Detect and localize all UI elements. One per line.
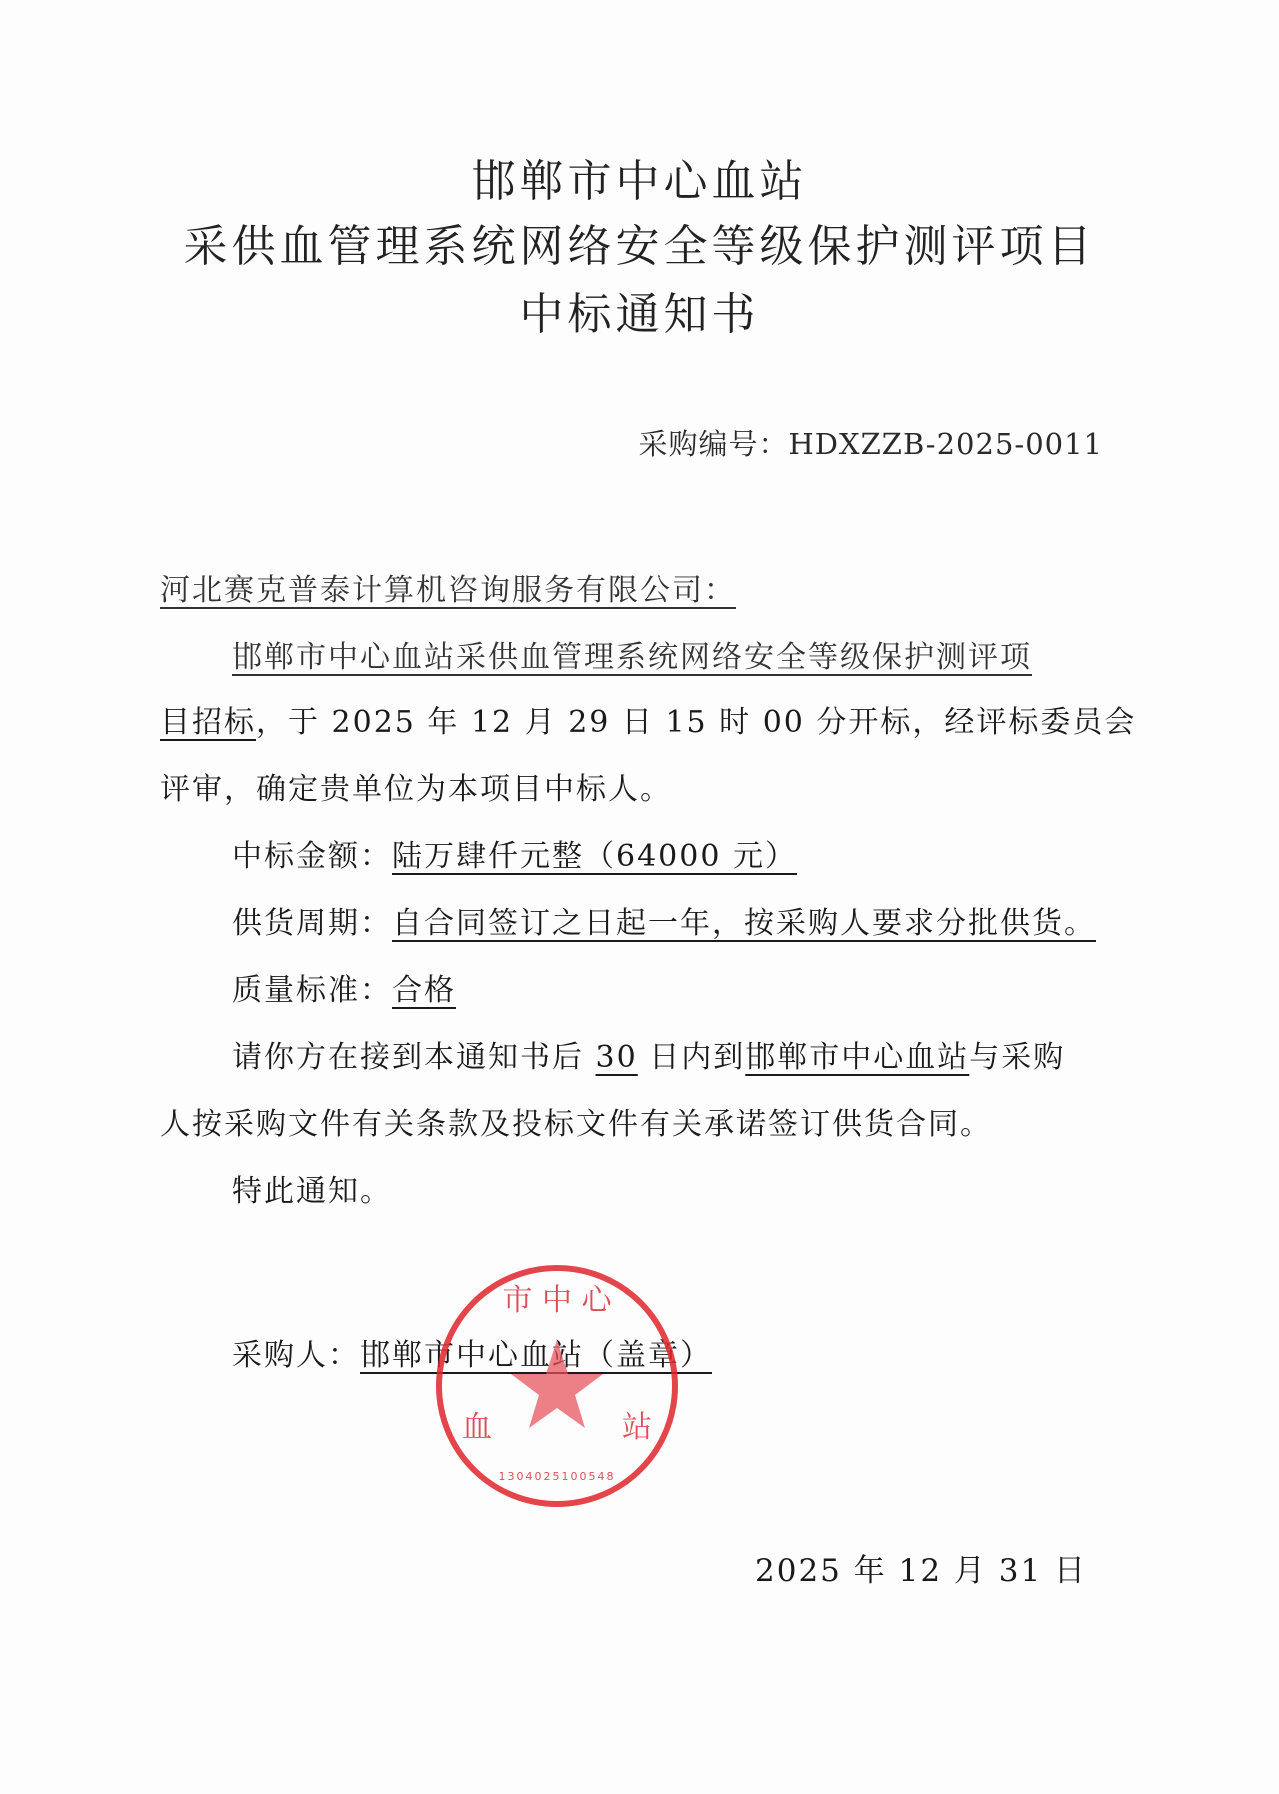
seal-right-text: 站 — [622, 1410, 652, 1445]
seal-left-text: 血 — [462, 1410, 492, 1445]
request-line-1: 请你方在接到本通知书后 30 日内到邯郸市中心血站与采购 — [232, 1032, 1065, 1076]
closing-notice: 特此通知。 — [232, 1166, 392, 1210]
supply-period-label: 供货周期： — [232, 906, 392, 941]
title-line-2: 采供血管理系统网络安全等级保护测评项目 — [0, 210, 1279, 274]
bid-amount-label: 中标金额： — [232, 839, 392, 874]
bid-amount-value: 陆万肆仟元整（64000 元） — [392, 839, 797, 874]
request-days: 30 — [596, 1040, 638, 1075]
body-line-3: 评审，确定贵单位为本项目中标人。 — [160, 764, 672, 808]
official-seal-icon: 市 中 心 血 站 1304025100548 — [433, 1262, 681, 1510]
body-project-name-1: 邯郸市中心血站采供血管理系统网络安全等级保护测评项 — [232, 632, 1032, 676]
bid-amount: 中标金额：陆万肆仟元整（64000 元） — [232, 831, 797, 875]
procurement-number-label: 采购编号： — [638, 427, 788, 461]
quality-standard: 质量标准：合格 — [232, 965, 456, 1009]
procurement-number-value: HDXZZB-2025-0011 — [788, 427, 1103, 461]
buyer-label: 采购人： — [232, 1338, 360, 1373]
body-opening-info: ，于 2025 年 12 月 29 日 15 时 00 分开标，经评标委员会 — [256, 705, 1136, 740]
quality-standard-label: 质量标准： — [232, 973, 392, 1008]
seal-code: 1304025100548 — [499, 1470, 616, 1483]
request-text-3: 与采购 — [969, 1040, 1065, 1075]
quality-standard-value: 合格 — [392, 973, 456, 1008]
request-text-2: 日内到 — [638, 1040, 746, 1075]
addressee: 河北赛克普泰计算机咨询服务有限公司： — [160, 565, 736, 609]
supply-period-value: 自合同签订之日起一年，按采购人要求分批供货。 — [392, 906, 1096, 941]
body-project-name-2: 目招标 — [160, 705, 256, 740]
procurement-number: 采购编号：HDXZZB-2025-0011 — [638, 422, 1103, 463]
document-page: 邯郸市中心血站 采供血管理系统网络安全等级保护测评项目 中标通知书 采购编号：H… — [0, 0, 1279, 1794]
title-line-1: 邯郸市中心血站 — [0, 145, 1279, 209]
request-text-1: 请你方在接到本通知书后 — [232, 1040, 596, 1075]
request-place: 邯郸市中心血站 — [745, 1040, 969, 1075]
supply-period: 供货周期：自合同签订之日起一年，按采购人要求分批供货。 — [232, 898, 1096, 942]
request-line-2: 人按采购文件有关条款及投标文件有关承诺签订供货合同。 — [160, 1099, 992, 1143]
title-line-3: 中标通知书 — [0, 278, 1279, 342]
body-line-2: 目招标，于 2025 年 12 月 29 日 15 时 00 分开标，经评标委员… — [160, 697, 1136, 741]
seal-top-text: 市 中 心 — [502, 1283, 612, 1318]
issue-date: 2025 年 12 月 31 日 — [755, 1545, 1087, 1590]
